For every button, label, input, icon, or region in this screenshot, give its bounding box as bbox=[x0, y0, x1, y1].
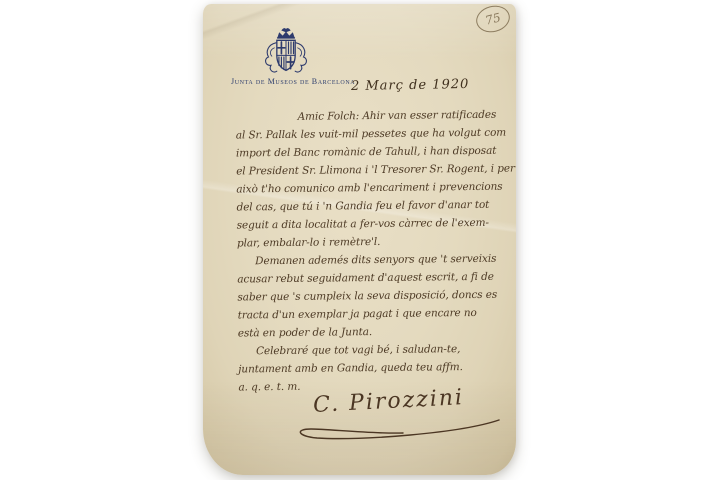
body-line: seguit a dita localitat a fer-vos càrrec… bbox=[237, 214, 515, 235]
letterhead-org-name: Junta de Museos de Barcelona bbox=[231, 77, 356, 86]
signature-flourish-icon bbox=[291, 417, 506, 443]
archive-number-stamp: 75 bbox=[473, 2, 512, 35]
barcelona-coat-of-arms-icon bbox=[261, 26, 311, 78]
archive-number: 75 bbox=[484, 10, 502, 27]
signature-name: C. Pirozzini bbox=[312, 385, 464, 418]
letter-paper: 75 Junta d bbox=[203, 4, 516, 475]
scanned-letter-photo: { "annotation": { "number": "75" }, "let… bbox=[0, 0, 720, 480]
signature-block: C. Pirozzini bbox=[291, 389, 511, 445]
body-line: tracta d'un exemplar ja pagat i que enca… bbox=[238, 304, 516, 325]
letter-date: 2 Març de 1920 bbox=[351, 77, 470, 94]
letter-body: Amic Folch: Ahir van esser ratificades a… bbox=[235, 106, 516, 397]
